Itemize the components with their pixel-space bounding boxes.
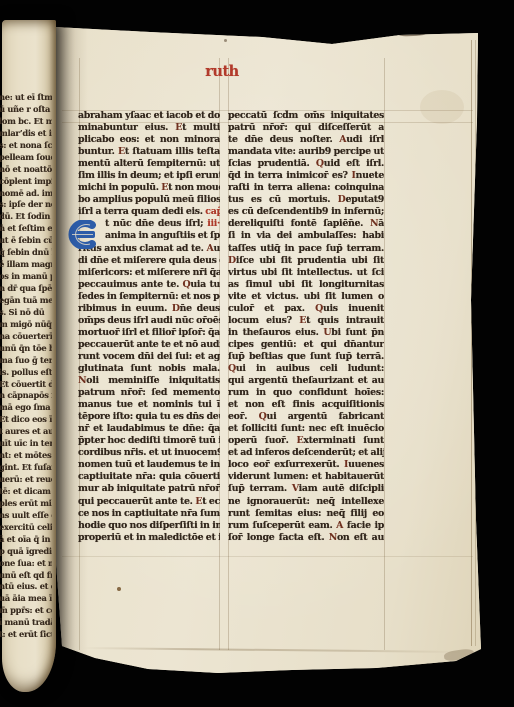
strip-line: n dr̄ qua ſpē — [0, 283, 52, 295]
page-edge-line — [475, 40, 476, 646]
text-line: cipes gentiū: et qui dn̄antur — [228, 339, 384, 351]
text-line: locum eius? Et quis intrauit — [228, 315, 384, 327]
text-line: Qui in auibus celi ludunt: — [228, 363, 384, 375]
text-line: vite et victus. ubi ſit lumen o — [228, 291, 384, 303]
text-line: glutinata ſunt nobis mala. — [78, 363, 220, 375]
text-line: et ad inferos deſcenderūt; et alij — [228, 447, 384, 459]
text-line: nomen tuū et laudemus te in — [78, 459, 220, 471]
text-line: mur ab iniquitate patrū nr̄or̄ — [78, 483, 220, 495]
text-line: culor̄ et pax. Quis inuenit — [228, 303, 384, 315]
strip-line: m migō nūq̄ — [0, 319, 52, 331]
text-line: ſcias prudentiā. Quid eſt iſrl. — [228, 158, 384, 170]
text-line: captiuitate nr̄a: quia cōuerti — [78, 471, 220, 483]
strip-line: pelleam ſoue e — [0, 152, 52, 164]
strip-line: unū q̄n tōe blī — [0, 343, 52, 355]
strip-line: mlar’dis et imp — [0, 128, 52, 140]
strip-line: uerū: et reuert — [0, 474, 52, 486]
text-line: cordibus nr̄is. et ut inuocem9 — [78, 447, 220, 459]
strip-line: nō et noattōe. Et — [0, 164, 52, 176]
text-line: peccatū ſcd̄m om̄s iniquitates — [228, 110, 384, 122]
initial-E — [62, 220, 96, 249]
strip-line: t aures et audīt — [0, 426, 52, 438]
ruling-line — [62, 556, 473, 557]
manuscript-page: ruth abraham yſaac et iacob et dominabun… — [0, 0, 514, 707]
strip-line: m̄ ppr̄s: et cō — [0, 605, 52, 617]
strip-line: exercitū celi ī — [0, 522, 52, 534]
text-line: anima in anguſtiis et ſpi — [105, 230, 220, 242]
strip-line: one ſua: et nō — [0, 558, 52, 570]
text-line: abraham yſaac et iacob et do — [78, 110, 220, 122]
text-line: t nūc dn̄e deus iſrl; iii· — [105, 218, 220, 230]
text-line: loco eor̄ exſurrexerūt. Iuuenes — [228, 459, 384, 471]
text-line: in theſauros eius. Ubi ſunt p̄n — [228, 327, 384, 339]
text-line: ſedes in ſempiternū: et nos pe — [78, 291, 220, 303]
text-line: ſup̄ terram. Viam autē diſcipli — [228, 483, 384, 495]
strip-line: nomē ad. impīd — [0, 188, 52, 200]
strip-line: ntū eius. et oīa — [0, 581, 52, 593]
text-line: as ſimul ubi ſit longiturnitas — [228, 279, 384, 291]
strip-line: os in manū pre — [0, 271, 52, 283]
text-line: runt ſemitas eius: neq̄ filij eo — [228, 508, 384, 520]
text-line: mentū alterū ſempiternū: ut — [78, 158, 220, 170]
text-column-right: peccatū ſcd̄m om̄s iniquitatespatrū nr̄o… — [228, 110, 384, 544]
text-line: patrum nr̄or̄: ſed memento — [78, 387, 220, 399]
text-line: Diſce ubi ſit prudentia ubi ſit — [228, 255, 384, 267]
text-line: minabuntur eius. Et multi — [78, 122, 220, 134]
text-line: q̄d in terra inimicor̄ es? Inuete — [228, 170, 384, 182]
text-line: michi in populū. Et non moue — [78, 182, 220, 194]
strip-line: ē illam magnā — [0, 259, 52, 271]
text-line: peccauimus ante te. Quia tu — [78, 279, 220, 291]
text-line: di dn̄e et miſerere quia deus es — [78, 255, 220, 267]
text-line: ſim illis in deum; et ipſi erunt — [78, 170, 220, 182]
strip-line: s: ipſe der noīd — [0, 199, 52, 211]
strip-line: ut ē ſebin cū ſtm — [0, 235, 52, 247]
running-title: ruth — [202, 63, 242, 80]
text-line: om̄ps deus iſrl audi nūc or̄oēs — [78, 315, 220, 327]
text-line: te dn̄e deus noſter. Audi iſrl — [228, 134, 384, 146]
text-line: rum ſuſceperūt eam. A facie ip — [228, 520, 384, 532]
text-line: buntur. Et ſtatuam illis teſta — [78, 146, 220, 158]
strip-line: s. Si nō dū — [0, 307, 52, 319]
strip-line: ma ſuo ḡ terū — [0, 355, 52, 367]
strip-line: cōplent impio — [0, 176, 52, 188]
text-line: tēpore iſto: quia tu es dn̄s deus — [78, 411, 220, 423]
text-line: ſi in via dei ambulaſſes: habi — [228, 230, 384, 242]
text-line: miſericors: et miſerere nr̄i q̄a — [78, 267, 220, 279]
text-line: eor̄. Qui argentū fabricant — [228, 411, 384, 423]
strip-line: is. pollus eſt iū — [0, 367, 52, 379]
strip-line: mā ego ſma dr̄ — [0, 402, 52, 414]
text-column-left: abraham yſaac et iacob et dominabuntur e… — [78, 110, 220, 544]
strip-line: t: et erūt ſicut — [0, 629, 52, 641]
text-line: rum in quo confidunt hoīes: — [228, 387, 384, 399]
text-line: ne ignorauerūt: neq̄ intellexe — [228, 496, 384, 508]
strip-line: s: et nona ſcāt d — [0, 140, 52, 152]
text-line: et non eſt finis acquiſitionis — [228, 399, 384, 411]
text-line: plicabo eos: et non minora — [78, 134, 220, 146]
text-line: tus es cū mortuis. Deputat9 — [228, 194, 384, 206]
strip-line: unū eſt qd fm — [0, 570, 52, 582]
strip-line: q̄ ſebin dnū ī — [0, 247, 52, 259]
text-line: runt vocem dn̄i dei ſui: et ag — [78, 351, 220, 363]
text-line: raſti in terra aliena: coinquina — [228, 182, 384, 194]
strip-line: ā et oīa q̄ in eḡ — [0, 534, 52, 546]
strip-line: ne: ut eī ſtmeū — [0, 92, 52, 104]
text-line: mortuor̄ iſrl et filior̄ ipſor̄: q̄a — [78, 327, 220, 339]
text-line: qui peccauerūt ante te. Et ec — [78, 496, 220, 508]
strip-line: ī manū tradā — [0, 617, 52, 629]
text-line: peccauerūt ante te et nō audie — [78, 339, 220, 351]
strip-line: n̄ et ſeſtim em̄ — [0, 223, 52, 235]
text-line: Noli meminiſſe iniquitatis — [78, 375, 220, 387]
facing-page-text: ne: ut eī ſtmeūū uñe r oſta pamlom bc. E… — [0, 92, 52, 641]
text-line: patrū nr̄or̄: qui diſceſſerūt a — [228, 122, 384, 134]
edge-smudge — [294, 24, 310, 29]
strip-line: lom bc. Et me ſim — [0, 116, 52, 128]
strip-line: uā āia mea īq̄t — [0, 593, 52, 605]
text-line: ſor̄ longe facta eſt. Non eſt au — [228, 532, 384, 544]
facing-page-edge: ne: ut eī ſtmeūū uñe r oſta pamlom bc. E… — [2, 20, 56, 692]
strip-line: tē: et dicam ei — [0, 486, 52, 498]
strip-line: gint. Et ſuſan — [0, 462, 52, 474]
parchment-stain — [420, 90, 464, 124]
strip-line: ples erūt mih — [0, 498, 52, 510]
strip-line: egān tuā me. — [0, 295, 52, 307]
strip-line: na cōuerterī — [0, 331, 52, 343]
text-line: nr̄ et laudabimus te dn̄e: q̄a — [78, 423, 220, 435]
text-line: hodie quo nos diſperſiſti in im — [78, 520, 220, 532]
text-line: dereliquiſti fontē ſapiēn̄e. Nā — [228, 218, 384, 230]
strip-line: Et dico eos īrī — [0, 414, 52, 426]
strip-line: n cāpnapōs ſp — [0, 390, 52, 402]
strip-line: p quā īgredient — [0, 546, 52, 558]
strip-line: dū. Et ſodīn md — [0, 211, 52, 223]
text-line: ce nos in captiuitate nr̄a ſum9 — [78, 508, 220, 520]
text-line: viderunt lumen: et habitauerūt — [228, 471, 384, 483]
edge-smudge — [398, 29, 428, 37]
text-line: ritus anxius clamat ad te. Au — [78, 243, 220, 255]
strip-line: ns uult eſſe di — [0, 510, 52, 522]
text-line: mandata vite: aurib9 percipe ut — [228, 146, 384, 158]
text-line: et ſolliciti ſunt: nec eſt inuēcio — [228, 423, 384, 435]
text-line: ribimus in euum. Dn̄e deus — [78, 303, 220, 315]
edge-speck — [224, 39, 227, 42]
text-line: iſrl a terra quam dedi eis. cap̃ — [78, 206, 220, 218]
text-line: taſſes utiq̄ in pace ſup̄ terram. — [228, 243, 384, 255]
text-line: ſup̄ beſtias que ſunt ſup̄ terrā. — [228, 351, 384, 363]
strip-line: Et cōuertit dū — [0, 379, 52, 391]
text-line: bo amplius populū meū filios — [78, 194, 220, 206]
ink-speck — [117, 587, 121, 591]
text-line: operū ſuor̄. Exterminati ſunt — [228, 435, 384, 447]
text-line: virtus ubi ſit intellectus. ut ſci — [228, 267, 384, 279]
page-crease — [82, 647, 462, 653]
strip-line: ū uñe r oſta pam — [0, 104, 52, 116]
ruling-line — [384, 58, 385, 650]
text-line: es cū deſcendentib9 in infernū; — [228, 206, 384, 218]
text-line: properiū et in maledictōe et in — [78, 532, 220, 544]
strip-line: nt: et mōtes dū — [0, 450, 52, 462]
manuscript-photo: ruth abraham yſaac et iacob et dominabun… — [0, 0, 514, 707]
text-line: p̄pter hoc dediſti timorē tuū in — [78, 435, 220, 447]
strip-line: uīt uīc in terrā — [0, 438, 52, 450]
text-line: qui argentū theſaurizant et au — [228, 375, 384, 387]
text-line: manus tue et nominis tui ī — [78, 399, 220, 411]
